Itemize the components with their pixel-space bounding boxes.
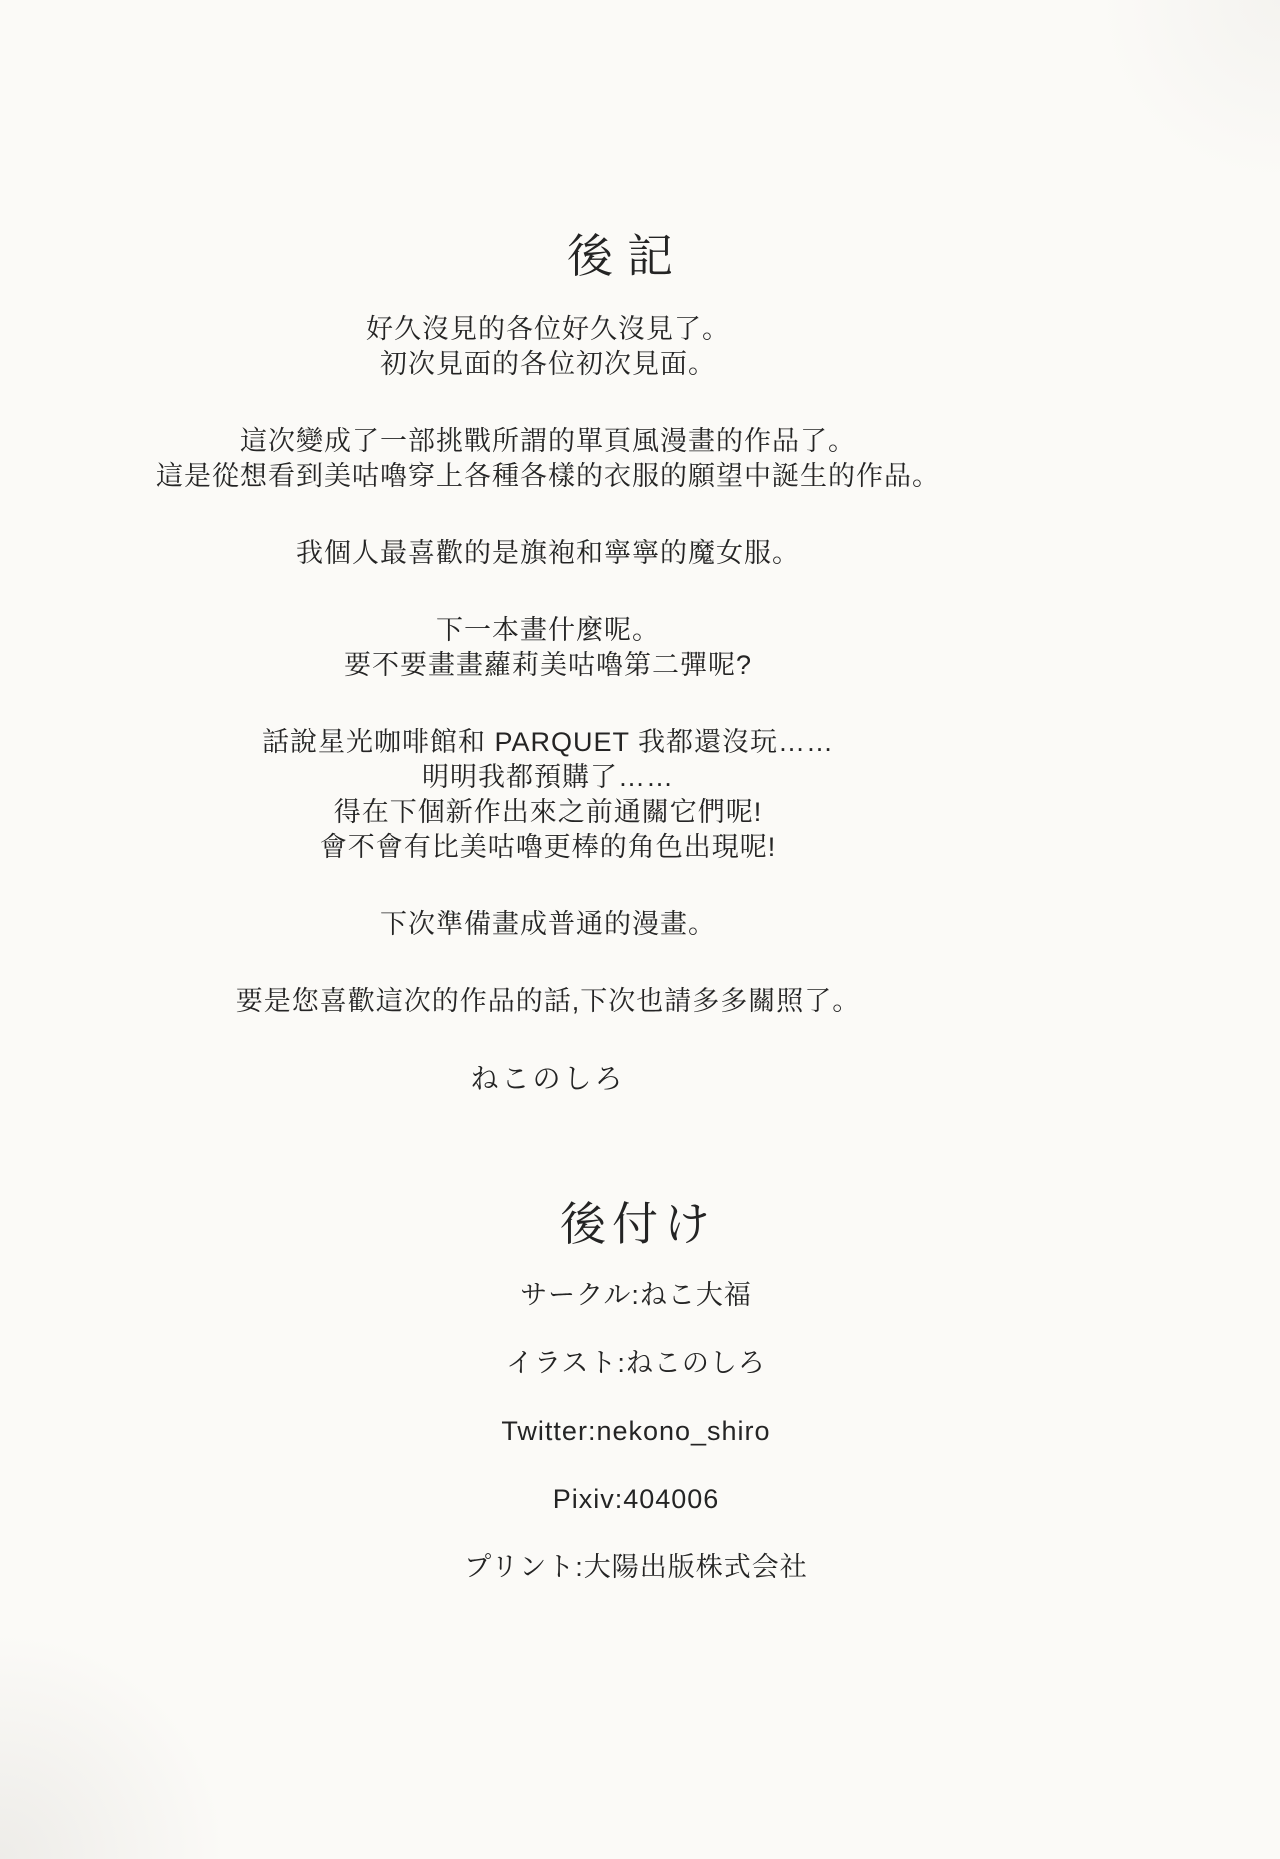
colophon-line: Twitter:nekono_shiro xyxy=(464,1416,807,1446)
afterword-line: 好久沒見的各位好久沒見了。 xyxy=(156,312,940,347)
afterword-line: 這是從想看到美咕嚕穿上各種各樣的衣服的願望中誕生的作品。 xyxy=(156,459,940,494)
colophon-lines: サークル:ねこ大福イラスト:ねこのしろTwitter:nekono_shiroP… xyxy=(464,1280,807,1620)
afterword-line: 得在下個新作出來之前通關它們呢! xyxy=(156,795,940,830)
afterword-line: 要是您喜歡這次的作品的話,下次也請多多關照了。 xyxy=(156,984,940,1019)
scanned-afterword-page: 後記 好久沒見的各位好久沒見了。初次見面的各位初次見面。這次變成了一部挑戰所謂的… xyxy=(0,0,1280,1859)
afterword-line: 會不會有比美咕嚕更棒的角色出現呢! xyxy=(156,830,940,865)
afterword-body: 好久沒見的各位好久沒見了。初次見面的各位初次見面。這次變成了一部挑戰所謂的單頁風… xyxy=(156,312,940,1096)
afterword-paragraph: 我個人最喜歡的是旗袍和寧寧的魔女服。 xyxy=(156,536,940,571)
afterword-paragraph: 好久沒見的各位好久沒見了。初次見面的各位初次見面。 xyxy=(156,312,940,382)
afterword-paragraph: 話說星光咖啡館和 PARQUET 我都還沒玩……明明我都預購了……得在下個新作出… xyxy=(156,725,940,865)
afterword-line: 下一本畫什麼呢。 xyxy=(156,613,940,648)
colophon-title: 後付け xyxy=(560,1188,716,1254)
afterword-paragraph: 要是您喜歡這次的作品的話,下次也請多多關照了。 xyxy=(156,984,940,1019)
afterword-line: 明明我都預購了…… xyxy=(156,760,940,795)
author-signature: ねこのしろ xyxy=(156,1061,940,1096)
afterword-line: 我個人最喜歡的是旗袍和寧寧的魔女服。 xyxy=(156,536,940,571)
afterword-paragraph: 下一本畫什麼呢。要不要畫畫蘿莉美咕嚕第二彈呢? xyxy=(156,613,940,683)
afterword-paragraph: 這次變成了一部挑戰所謂的單頁風漫畫的作品了。這是從想看到美咕嚕穿上各種各樣的衣服… xyxy=(156,424,940,494)
colophon-line: プリント:大陽出版株式会社 xyxy=(464,1552,807,1582)
afterword-line: 要不要畫畫蘿莉美咕嚕第二彈呢? xyxy=(156,648,940,683)
afterword-title: 後記 xyxy=(567,220,687,286)
afterword-paragraph: 下次準備畫成普通的漫畫。 xyxy=(156,907,940,942)
colophon-line: Pixiv:404006 xyxy=(464,1484,807,1514)
colophon-line: サークル:ねこ大福 xyxy=(464,1280,807,1310)
afterword-line: 初次見面的各位初次見面。 xyxy=(156,347,940,382)
colophon-line: イラスト:ねこのしろ xyxy=(464,1348,807,1378)
afterword-line: 這次變成了一部挑戰所謂的單頁風漫畫的作品了。 xyxy=(156,424,940,459)
afterword-line: 話說星光咖啡館和 PARQUET 我都還沒玩…… xyxy=(156,725,940,760)
afterword-line: 下次準備畫成普通的漫畫。 xyxy=(156,907,940,942)
